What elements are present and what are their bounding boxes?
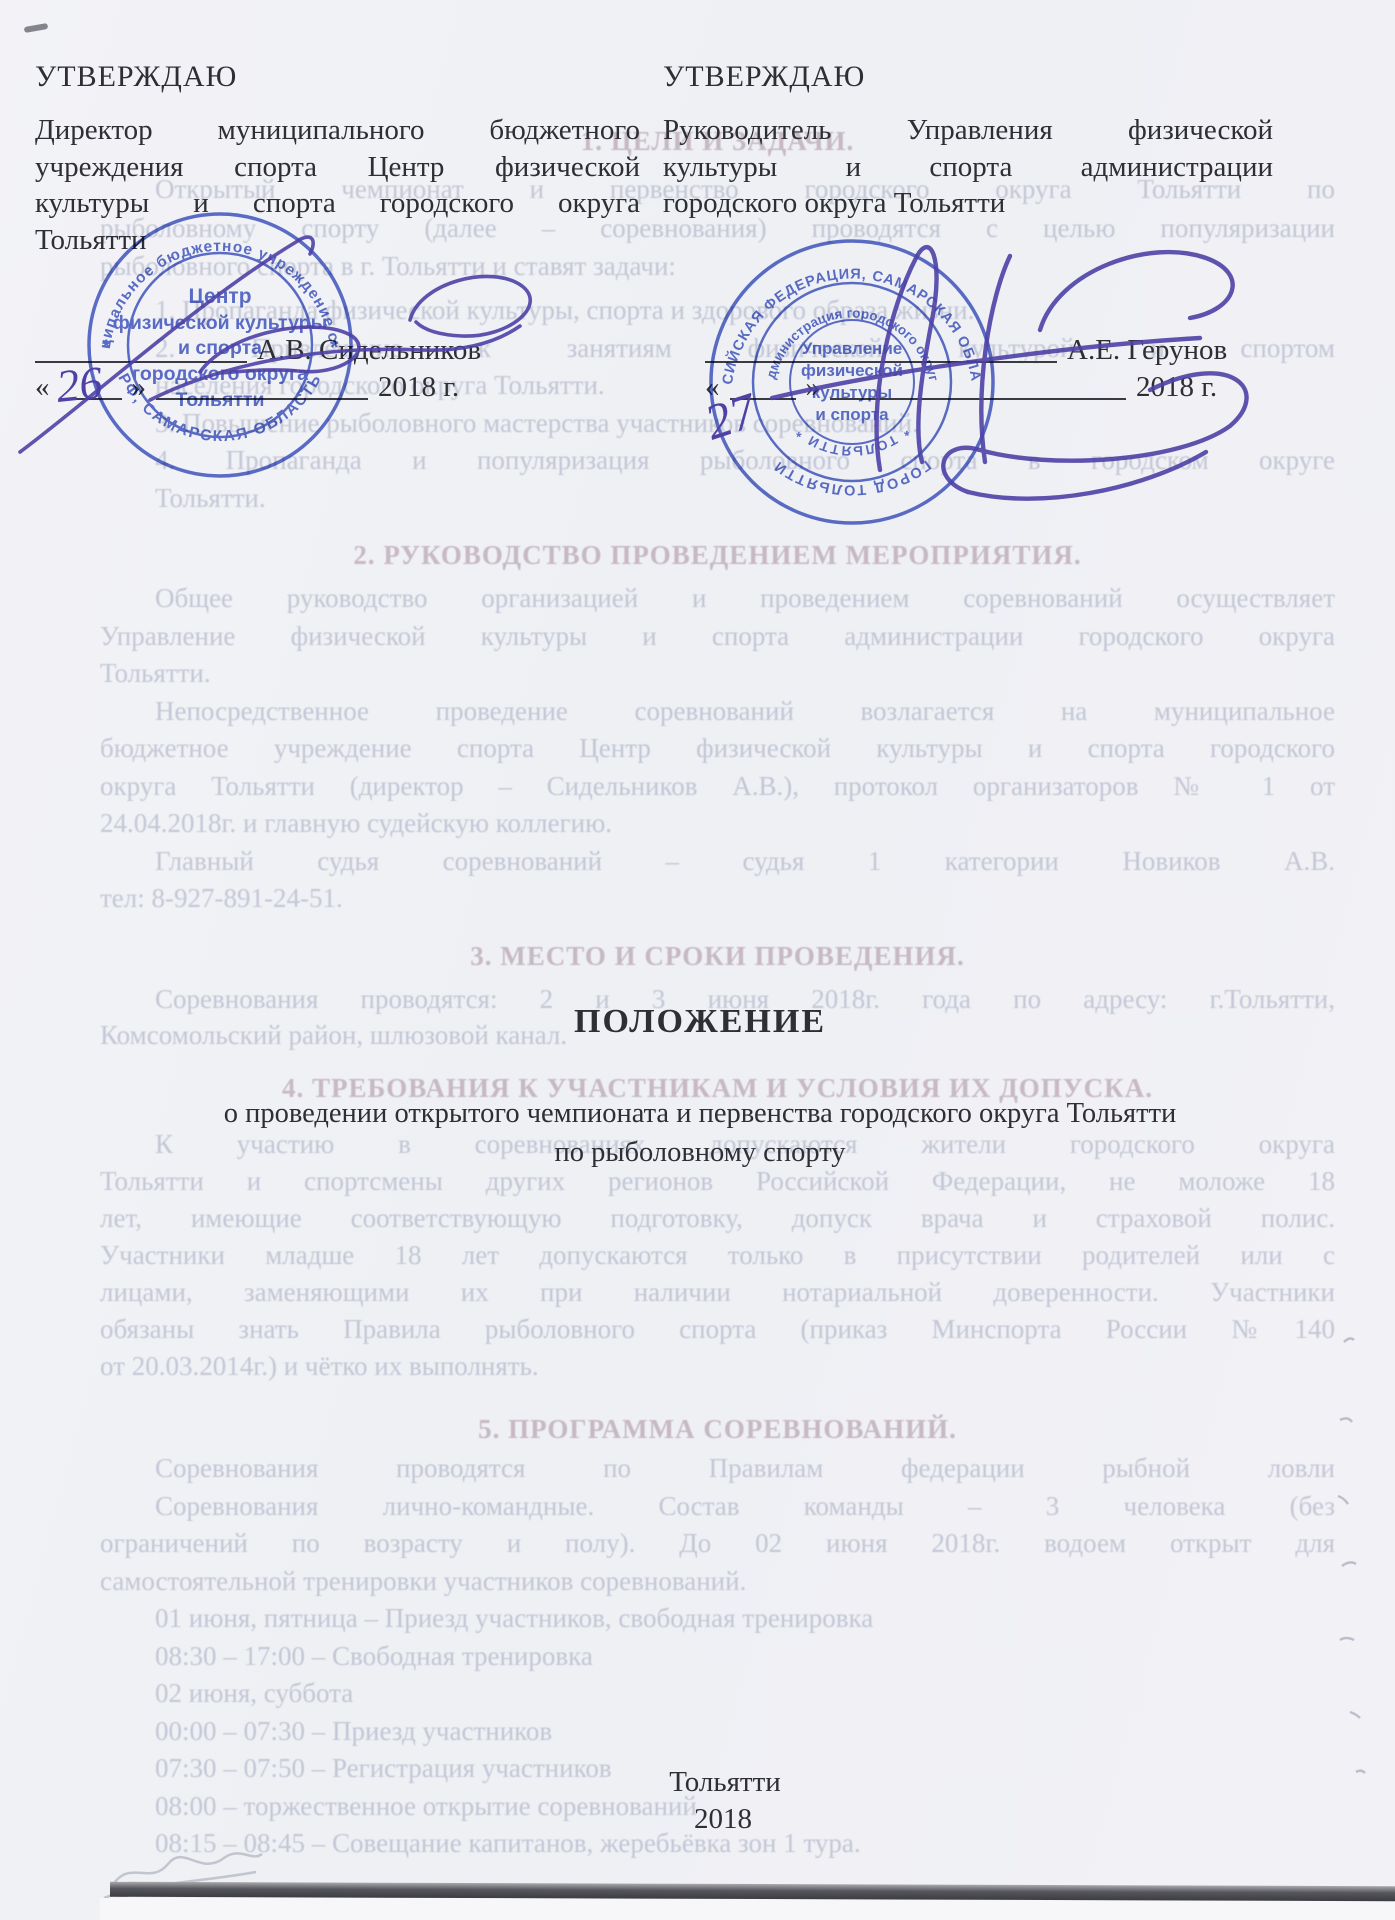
ghost-line: Общее руководство организацией и проведе… (100, 580, 1335, 618)
approve-label-right: УТВЕРЖДАЮ (663, 60, 865, 94)
stamp-center-line: Тольятти (176, 389, 265, 411)
ghost-schedule-line: 00:00 – 07:30 – Приезд участников (100, 1713, 1335, 1751)
ghost-schedule-line: 01 июня, пятница – Приезд участников, св… (100, 1600, 1335, 1638)
ghost-line: от 20.03.2014г.) и чётко их выполнять. (100, 1348, 1335, 1385)
svg-text:* ТОЛЬЯТТИ *: * ТОЛЬЯТТИ * (792, 424, 912, 458)
stamp-center-line: Управление (802, 339, 902, 358)
ghost-line: Главный судья соревнований – судья 1 кат… (100, 843, 1335, 881)
header-line: учреждения спорта Центр физической (35, 149, 640, 186)
ghost-line: лицами, заменяющими их при наличии нотар… (100, 1274, 1335, 1311)
stamp-administration: РОССИЙСКАЯ ФЕДЕРАЦИЯ, САМАРСКАЯ ОБЛАСТЬ,… (702, 232, 1002, 532)
header-line: городского округа Тольятти (663, 185, 1273, 222)
stamp-center-line: городского округа (132, 363, 308, 385)
ghost-line: лет, имеющие соответствующую подготовку,… (100, 1200, 1335, 1237)
approve-label-left: УТВЕРЖДАЮ (35, 60, 237, 94)
stamp-inner-bottom-text: * ТОЛЬЯТТИ * (792, 424, 912, 458)
ghost-line: Тольятти. (100, 655, 1335, 693)
header-line: Руководитель Управления физической (663, 112, 1273, 149)
ghost-line: самостоятельной тренировки участников со… (100, 1563, 1335, 1601)
document-year: 2018 (58, 1803, 1388, 1836)
ghost-section2-heading: 2. РУКОВОДСТВО ПРОВЕДЕНИЕМ МЕРОПРИЯТИЯ. (100, 540, 1335, 571)
ghost-line: Управление физической культуры и спорта … (100, 618, 1335, 656)
year-label-right: 2018 г. (1136, 374, 1217, 400)
subtitle-line: о проведении открытого чемпионата и перв… (35, 1094, 1365, 1133)
ghost-line: Участники младше 18 лет допускаются толь… (100, 1237, 1335, 1274)
ghost-schedule-line: 02 июня, суббота (100, 1675, 1335, 1713)
ghost-line: ограничений по возрасту и полу). До 02 и… (100, 1525, 1335, 1563)
approver-right-position: Руководитель Управления физической культ… (663, 112, 1273, 222)
header-line: культуры и спорта администрации (663, 149, 1273, 186)
stamp-star-left: * (102, 335, 111, 360)
ghost-section3-heading: 3. МЕСТО И СРОКИ ПРОВЕДЕНИЯ. (100, 941, 1335, 972)
ghost-line: тел: 8-927-891-24-51. (100, 880, 1335, 918)
scanned-document-page: 1. ЦЕЛИ И ЗАДАЧИ. Открытый чемпионат и п… (0, 0, 1395, 1920)
ghost-line: обязаны знать Правила рыболовного спорта… (100, 1311, 1335, 1348)
stamp-star-right: * (330, 335, 339, 360)
stamp-center-line: физической (801, 361, 903, 380)
ghost-line: 24.04.2018г. и главную судейскую коллеги… (100, 805, 1335, 843)
stamp-center-line: физической культуры (113, 312, 328, 334)
stamp-center-line: и спорта (178, 337, 262, 359)
ghost-line: Непосредственное проведение соревнований… (100, 693, 1335, 731)
year-label-left: 2018 г. (378, 374, 459, 400)
header-line: Директор муниципального бюджетного (35, 112, 640, 149)
scan-mark-top-left (24, 23, 49, 33)
ghost-line: Соревнования лично-командные. Состав ком… (100, 1488, 1335, 1526)
document-title: ПОЛОЖЕНИЕ (35, 1003, 1365, 1041)
ghost-schedule-line: 08:30 – 17:00 – Свободная тренировка (100, 1638, 1335, 1676)
ghost-line: Соревнования проводятся по Правилам феде… (100, 1450, 1335, 1488)
stamp-center-line: культуры (812, 383, 892, 402)
approver-right-name: А.Е. Герунов (1067, 337, 1227, 363)
ghost-section5-heading: 5. ПРОГРАММА СОРЕВНОВАНИЙ. (100, 1414, 1335, 1445)
stamp-center-line: и спорта (815, 405, 889, 424)
subtitle-line: по рыболовному спорту (35, 1133, 1365, 1172)
ghost-section2-paragraphs: Общее руководство организацией и проведе… (100, 580, 1335, 918)
margin-ink-specks (1338, 1338, 1365, 1773)
ghost-line: округа Тольятти (директор – Сидельников … (100, 768, 1335, 806)
ghost-section5-paragraphs: Соревнования проводятся по Правилам феде… (100, 1450, 1335, 1863)
stamp-center-line: Центр (188, 285, 251, 308)
quote-open: « (35, 374, 50, 400)
document-subtitle: о проведении открытого чемпионата и перв… (35, 1094, 1365, 1172)
scanner-background (100, 1898, 1395, 1920)
document-city: Тольятти (60, 1766, 1390, 1799)
stamp-sport-center: муниципальное бюджетное учреждение спорт… (80, 205, 360, 485)
ghost-line: бюджетное учреждение спорта Центр физиче… (100, 730, 1335, 768)
